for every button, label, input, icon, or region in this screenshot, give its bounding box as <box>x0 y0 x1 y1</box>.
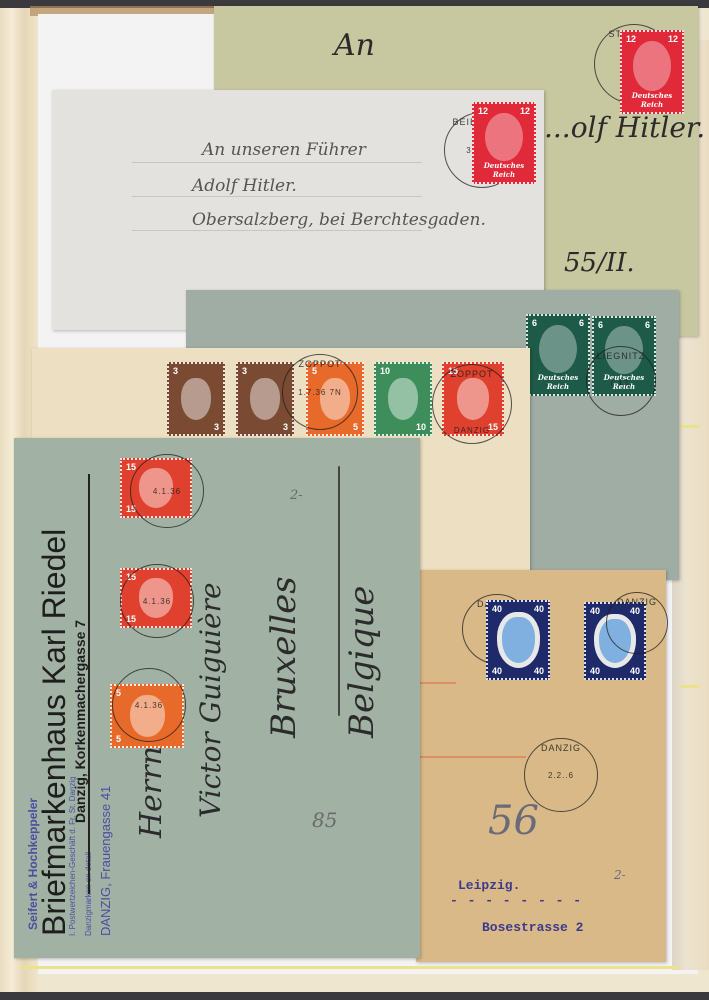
overstamp-text: DANZIG, Frauengasse 41 <box>98 786 113 936</box>
handwriting: Belgique <box>342 586 382 738</box>
handwriting: 55/II. <box>564 248 635 278</box>
address-line <box>132 230 422 231</box>
photo-canvas: { "scene": { "description": "Photograph … <box>0 0 709 1000</box>
red-pencil-line <box>416 756 526 758</box>
typed-address: - - - - - - - - <box>450 893 582 908</box>
handwriting: Bruxelles <box>264 576 304 738</box>
address-line <box>132 162 422 163</box>
envelope-riedel: Seifert & Hochkeppeler Briefmarkenhaus K… <box>14 438 420 958</box>
portrait-icon <box>485 113 522 161</box>
crest-icon <box>388 378 418 420</box>
stamp: 4040 4040 <box>486 600 550 680</box>
yellow-strip <box>680 425 700 428</box>
typed-address: Bosestrasse 2 <box>482 920 583 935</box>
handwriting: Adolf Hitler. <box>192 176 297 196</box>
crest-icon <box>250 378 280 420</box>
address-line <box>132 196 422 197</box>
red-pencil-line <box>416 682 456 684</box>
portrait-icon <box>633 41 670 91</box>
danzig-crest-icon <box>497 612 540 668</box>
handwriting: An <box>334 28 375 63</box>
stamp: 12 12 Deutsches Reich <box>620 30 684 114</box>
crest-icon <box>181 378 211 420</box>
handwriting: 85 <box>312 808 337 832</box>
stamp: 6 6 Deutsches Reich <box>526 314 590 396</box>
handwriting: Obersalzberg, bei Berchtesgaden. <box>192 210 486 230</box>
ink-line <box>338 466 340 716</box>
postmark: 4.1.36 <box>130 454 204 528</box>
postmark: ZOPPOT1.7.36 7N <box>282 354 358 430</box>
postmark: 4.1.36 <box>120 564 194 638</box>
envelope-tan: DANZIG 4040 4040 4040 4040 DANZIG DANZIG… <box>416 570 666 962</box>
stamp: 12 12 Deutsches Reich <box>472 102 536 184</box>
yellow-strip <box>20 966 680 969</box>
handwriting: ...olf Hitler. <box>544 111 705 144</box>
postmark: DANZIG <box>606 592 668 654</box>
handwriting: 56 <box>488 798 539 844</box>
handwriting: Herrn <box>134 746 169 838</box>
handwriting: Victor Guiguière <box>194 582 227 818</box>
stamp: 33 <box>167 362 225 436</box>
typed-address: Leipzig. <box>458 878 520 893</box>
yellow-strip <box>680 685 700 688</box>
handwriting: 2- <box>290 488 303 503</box>
letterhead-address: Danzig, Korkenmachergasse 7 <box>72 620 88 823</box>
postmark: LIEGNITZ 7.12. <box>586 346 656 416</box>
postmark: 4.1.36 <box>112 668 186 742</box>
stamp: 1010 <box>374 362 432 436</box>
portrait-icon <box>539 325 576 373</box>
handwriting: 2- <box>614 868 626 882</box>
handwriting: An unseren Führer <box>202 140 366 160</box>
letterhead-rule <box>88 474 90 894</box>
postmark: ZOPPOTDANZIG <box>432 364 512 444</box>
